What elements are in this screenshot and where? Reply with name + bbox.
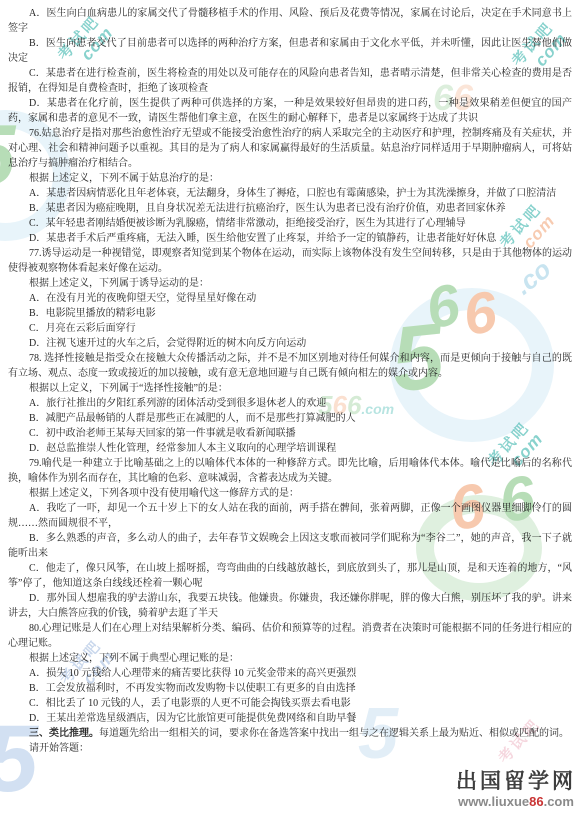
paragraph-text: 三、类比推理。 (29, 728, 99, 739)
paragraph: 根据上述定义，下列属于诱导运动的是： (8, 276, 572, 291)
paragraph: D．赵总监推崇人性化管理，经常参加人本主义取向的心理学培训课程 (8, 441, 572, 456)
paragraph: C．月亮在云彩后面穿行 (8, 321, 572, 336)
paragraph: C．他走了，像只风筝，在山坡上摇呀摇，弯弯曲曲的白线越放越长，到底放到头了，那儿… (8, 561, 572, 591)
paragraph-text: A．损失 10 元钱给人心理带来的痛苦要比获得 10 元奖金带来的高兴更强烈 (29, 668, 356, 679)
liuxue86-url-suffix: .com (544, 794, 574, 809)
paragraph: 78. 选择性接触是指受众在接触大众传播活动之际，并不是不加区别地对待任何媒介和… (8, 351, 572, 381)
paragraph-text: A．医生向白血病患儿的家属交代了骨髓移植手术的作用、风险、预后及花费等情况，家属… (8, 8, 572, 34)
paragraph-text: B．减肥产品最畅销的人群是那些正在减肥的人，而不是那些打算减肥的人 (29, 413, 356, 424)
paragraph: C．相比丢了 10 元钱的人，丢了电影票的人更不可能会掏钱买票去看电影 (8, 696, 572, 711)
paragraph: C．某患者在进行检查前，医生将检查的用处以及可能存在的风险向患者告知，患者晴示清… (8, 66, 572, 96)
paragraph: A．医生向白血病患儿的家属交代了骨髓移植手术的作用、风险、预后及花费等情况，家属… (8, 6, 572, 36)
paragraph-text: A．在没有月光的夜晚仰望天空，觉得星星好像在动 (29, 293, 256, 304)
paragraph-text: D．某患者在化疗前，医生提供了两种可供选择的方案，一种是效果较好但昂贵的进口药，… (8, 98, 572, 124)
paragraph: B．医生向患者交代了目前患者可以选择的两种治疗方案，但患者和家属由于文化水平低，… (8, 36, 572, 66)
paragraph-text: C．某年轻患者刚结婚便被诊断为乳腺癌，情绪非常激动，拒绝接受治疗，医生为其进行了… (29, 218, 466, 229)
paragraph-text: A．某患者因病情恶化且年老体衰，无法翻身，身体生了褥疮，口腔也有霉菌感染，护士为… (29, 188, 556, 199)
paragraph-text: D．那外国人想雇我的驴去游山东，我要五块钱。他嫌贵。你嫌贵，我还嫌你胖呢，胖的像… (8, 593, 572, 619)
paragraph: A．在没有月光的夜晚仰望天空，觉得星星好像在动 (8, 291, 572, 306)
paragraph-text: 79.喻代是一种建立于比喻基础之上的以喻体代本体的一种修辞方式。即先比喻，后用喻… (8, 458, 572, 484)
paragraph-text: D．赵总监推崇人性化管理，经常参加人本主义取向的心理学培训课程 (29, 443, 336, 454)
paragraph: B．多么熟悉的声音，多么动人的曲子，去年春节文娱晚会上因这支歌而被同学们昵称为“… (8, 531, 572, 561)
paragraph-text: 80.心理记账是人们在心理上对结果解析分类、编码、估价和预算等的过程。消费者在决… (8, 623, 572, 649)
paragraph: B．某患者因为癌症晚期，且自身状况差无法进行抗癌治疗，医生认为患者已没有治疗价值… (8, 201, 572, 216)
paragraph: 请开始答题： (8, 741, 572, 756)
paragraph-text: B．电影院里播放的精彩电影 (29, 308, 156, 319)
paragraph-text: C．相比丢了 10 元钱的人，丢了电影票的人更不可能会掏钱买票去看电影 (29, 698, 351, 709)
paragraph-text: 根据上述定义，下列属于诱导运动的是： (29, 278, 209, 289)
liuxue86-title: 出国留学网 (456, 770, 576, 794)
paragraph-text: 根据上述定义，下列不属于姑息治疗的是： (29, 173, 219, 184)
paragraph-text: 请开始答题： (29, 743, 89, 754)
paragraph-text: D．某患者手术后严重疼痛，无法入睡，医生给他安置了止疼泵，并给予一定的镇静药，让… (29, 233, 496, 244)
paragraph: C．初中政治老师王某每天回家的第一件事就是收看新闻联播 (8, 426, 572, 441)
liuxue86-logo: 出国留学网 www.liuxue86.com (456, 770, 576, 809)
paragraph-text: 根据以上定义，下列属于“选择性接触”的是： (29, 383, 228, 394)
paragraph: A．某患者因病情恶化且年老体衰，无法翻身，身体生了褥疮，口腔也有霉菌感染，护士为… (8, 186, 572, 201)
paragraph: D．某患者手术后严重疼痛，无法入睡，医生给他安置了止疼泵，并给予一定的镇静药，让… (8, 231, 572, 246)
paragraph: A．损失 10 元钱给人心理带来的痛苦要比获得 10 元奖金带来的高兴更强烈 (8, 666, 572, 681)
exam-document-page: 考试吧 com 考试吧 com 66 5 考试吧 com 6 6 5 .co 5… (0, 0, 580, 820)
paragraph-text: 每道题先给出一组相关的词，要求你在备选答案中找出一组与之在逻辑关系上最为贴近、相… (99, 728, 569, 739)
paragraph-text: 76.姑息治疗是指对那些治愈性治疗无望或不能接受治愈性治疗的病人采取完全的主动医… (8, 128, 572, 169)
paragraph-text: A．我吃了一吓，却见一个五十岁上下的女人站在我的面前，两手搭在髀间，张着两脚，正… (8, 503, 572, 529)
paragraph-text: C．初中政治老师王某每天回家的第一件事就是收看新闻联播 (29, 428, 296, 439)
paragraph-text: 78. 选择性接触是指受众在接触大众传播活动之际，并不是不加区别地对待任何媒介和… (8, 353, 572, 379)
paragraph: 三、类比推理。每道题先给出一组相关的词，要求你在备选答案中找出一组与之在逻辑关系… (8, 726, 572, 741)
paragraph-text: B．多么熟悉的声音，多么动人的曲子，去年春节文娱晚会上因这支歌而被同学们昵称为“… (8, 533, 572, 559)
paragraph: A．旅行社推出的夕阳红系列游的团体活动受到很多退休老人的欢迎 (8, 396, 572, 411)
paragraph: 77.诱导运动是一种视错觉，即观察者知觉到某个物体在运动，而实际上该物体没有发生… (8, 246, 572, 276)
liuxue86-url-number: 86 (529, 794, 543, 809)
paragraph-text: C．月亮在云彩后面穿行 (29, 323, 136, 334)
paragraph: D．那外国人想雇我的驴去游山东，我要五块钱。他嫌贵。你嫌贵，我还嫌你胖呢，胖的像… (8, 591, 572, 621)
paragraph-text: B．工会发放福利时，不再发实物而改发购物卡以使职工有更多的自由选择 (29, 683, 356, 694)
liuxue86-url: www.liuxue86.com (456, 794, 576, 809)
paragraph: B．工会发放福利时，不再发实物而改发购物卡以使职工有更多的自由选择 (8, 681, 572, 696)
paragraph: C．某年轻患者刚结婚便被诊断为乳腺癌，情绪非常激动，拒绝接受治疗，医生为其进行了… (8, 216, 572, 231)
document-body: A．医生向白血病患儿的家属交代了骨髓移植手术的作用、风险、预后及花费等情况，家属… (0, 0, 580, 820)
paragraph-text: C．他走了，像只风筝，在山坡上摇呀摇，弯弯曲曲的白线越放越长，到底放到头了，那儿… (8, 563, 572, 589)
paragraph: 根据上述定义，下列不属于姑息治疗的是： (8, 171, 572, 186)
paragraph: B．减肥产品最畅销的人群是那些正在减肥的人，而不是那些打算减肥的人 (8, 411, 572, 426)
paragraph: D．注视飞速开过的火车之后，会觉得附近的树木向反方向运动 (8, 336, 572, 351)
liuxue86-url-prefix: www.liuxue (458, 794, 529, 809)
paragraph: 根据上述定义，下列不属于典型心理记账的是： (8, 651, 572, 666)
paragraph-text: A．旅行社推出的夕阳红系列游的团体活动受到很多退休老人的欢迎 (29, 398, 326, 409)
paragraph: D．某患者在化疗前，医生提供了两种可供选择的方案，一种是效果较好但昂贵的进口药，… (8, 96, 572, 126)
paragraph: 80.心理记账是人们在心理上对结果解析分类、编码、估价和预算等的过程。消费者在决… (8, 621, 572, 651)
paragraph: 根据以上定义，下列属于“选择性接触”的是： (8, 381, 572, 396)
paragraph-text: D．王某出差常选星级酒店，因为它比旅馆更可能提供免费网络和自助早餐 (29, 713, 356, 724)
paragraph: 根据上述定义，下列各项中没有使用喻代这一修辞方式的是： (8, 486, 572, 501)
paragraph-text: C．某患者在进行检查前，医生将检查的用处以及可能存在的风险向患者告知，患者晴示清… (8, 68, 572, 94)
paragraph: A．我吃了一吓，却见一个五十岁上下的女人站在我的面前，两手搭在髀间，张着两脚，正… (8, 501, 572, 531)
paragraph: B．电影院里播放的精彩电影 (8, 306, 572, 321)
paragraph: 76.姑息治疗是指对那些治愈性治疗无望或不能接受治愈性治疗的病人采取完全的主动医… (8, 126, 572, 171)
paragraph-text: B．医生向患者交代了目前患者可以选择的两种治疗方案，但患者和家属由于文化水平低，… (8, 38, 572, 64)
paragraph: D．王某出差常选星级酒店，因为它比旅馆更可能提供免费网络和自助早餐 (8, 711, 572, 726)
paragraph-text: 根据上述定义，下列各项中没有使用喻代这一修辞方式的是： (29, 488, 299, 499)
paragraph-text: 77.诱导运动是一种视错觉，即观察者知觉到某个物体在运动，而实际上该物体没有发生… (8, 248, 572, 274)
paragraph-text: B．某患者因为癌症晚期，且自身状况差无法进行抗癌治疗，医生认为患者已没有治疗价值… (29, 203, 506, 214)
paragraph: 79.喻代是一种建立于比喻基础之上的以喻体代本体的一种修辞方式。即先比喻，后用喻… (8, 456, 572, 486)
paragraph-text: D．注视飞速开过的火车之后，会觉得附近的树木向反方向运动 (29, 338, 306, 349)
paragraph-text: 根据上述定义，下列不属于典型心理记账的是： (29, 653, 239, 664)
